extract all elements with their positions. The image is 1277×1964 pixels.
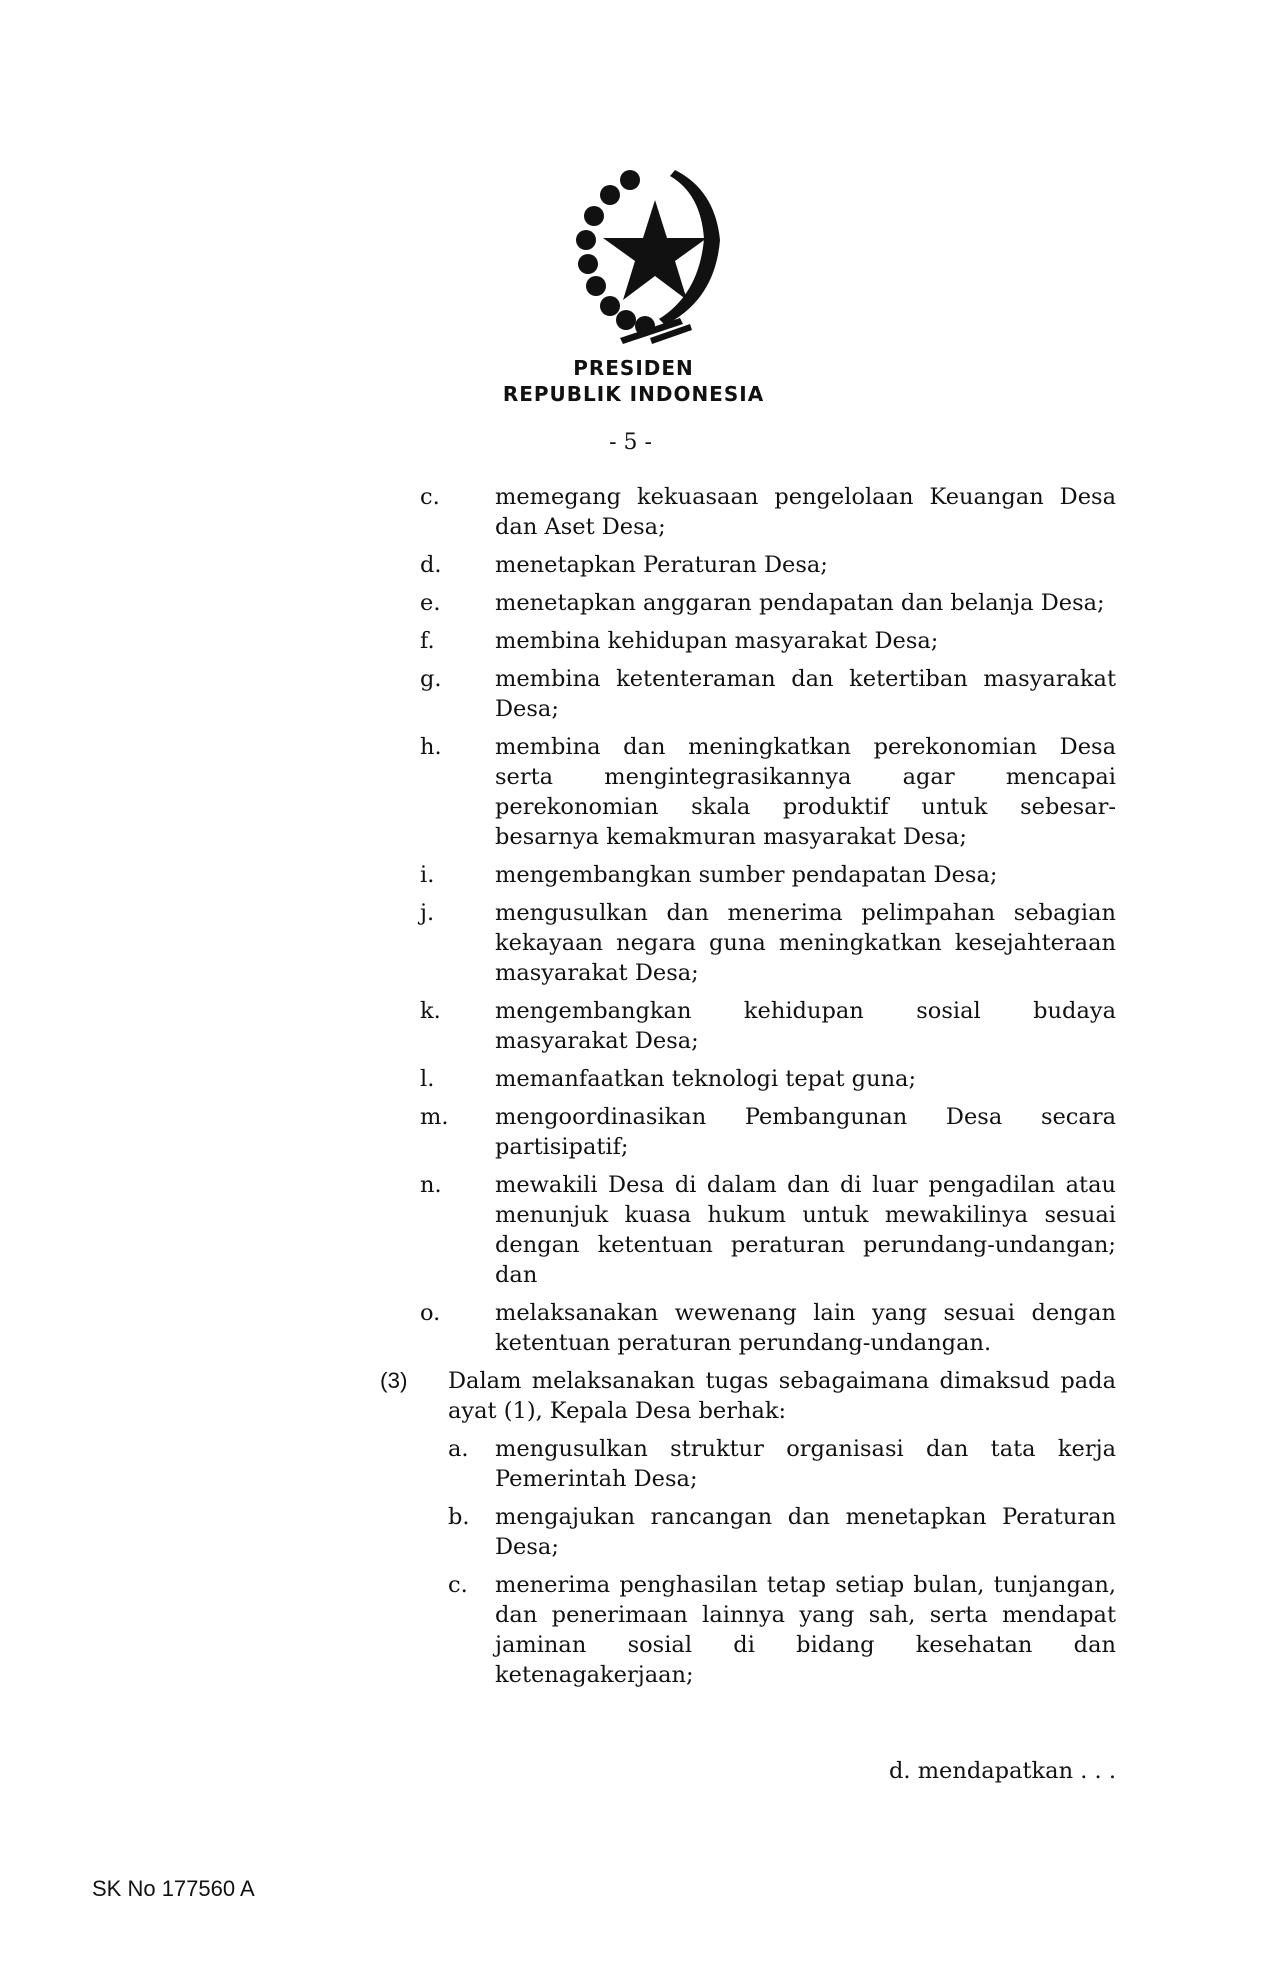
item-label: n. [420,1170,442,1200]
item-label: o. [420,1298,440,1328]
ayat-text: Dalam melaksanakan tugas sebagaimana dim… [448,1368,1116,1424]
ayat-label: (3) [380,1366,408,1396]
item-text: mengusulkan dan menerima pelimpahan seba… [495,898,1116,988]
list-item: f.membina kehidupan masyarakat Desa; [380,626,1116,656]
list-item: h.membina dan meningkatkan perekonomian … [380,732,1116,852]
item-label: d. [420,550,442,580]
document-body: c.memegang kekuasaan pengelolaan Keuanga… [380,482,1116,1698]
list-item: i.mengembangkan sumber pendapatan Desa; [380,860,1116,890]
item-label: i. [420,860,434,890]
list-item: g.membina ketenteraman dan ketertiban ma… [380,664,1116,724]
item-text: menerima penghasilan tetap setiap bulan,… [495,1572,1116,1688]
continuation-text: d. mendapatkan . . . [889,1758,1116,1784]
header-republik-indonesia: REPUBLIK INDONESIA [0,382,1272,406]
header-presiden: PRESIDEN [0,356,1272,380]
item-label: m. [420,1102,449,1132]
item-text: menetapkan anggaran pendapatan dan belan… [495,588,1116,618]
item-text: mewakili Desa di dalam dan di luar penga… [495,1170,1116,1290]
list-item: n.mewakili Desa di dalam dan di luar pen… [380,1170,1116,1290]
presidential-seal-icon [560,160,750,350]
item-label: h. [420,732,442,762]
list-item: l.memanfaatkan teknologi tepat guna; [380,1064,1116,1094]
item-label: f. [420,626,435,656]
document-code: SK No 177560 A [92,1876,255,1902]
item-text: membina ketenteraman dan ketertiban masy… [495,664,1116,724]
item-label: k. [420,996,441,1026]
list-item: a.mengusulkan struktur organisasi dan ta… [380,1434,1116,1494]
duty-list: c.memegang kekuasaan pengelolaan Keuanga… [380,482,1116,1358]
page-number: - 5 - [0,430,1269,455]
item-text: mengoordinasikan Pembangunan Desa secara… [495,1102,1116,1162]
item-text: memanfaatkan teknologi tepat guna; [495,1064,1116,1094]
item-text: memegang kekuasaan pengelolaan Keuangan … [495,482,1116,542]
list-item: d.menetapkan Peraturan Desa; [380,550,1116,580]
item-text: mengajukan rancangan dan menetapkan Pera… [495,1504,1116,1560]
item-label: a. [448,1434,469,1464]
item-label: c. [448,1570,468,1600]
item-label: e. [420,588,440,618]
ayat-3: (3) Dalam melaksanakan tugas sebagaimana… [380,1366,1116,1426]
list-item: e.menetapkan anggaran pendapatan dan bel… [380,588,1116,618]
item-label: l. [420,1064,434,1094]
list-item: k.mengembangkan kehidupan sosial budaya … [380,996,1116,1056]
list-item: o.melaksanakan wewenang lain yang sesuai… [380,1298,1116,1358]
item-label: b. [448,1502,470,1532]
item-text: mengembangkan kehidupan sosial budaya ma… [495,996,1116,1056]
list-item: c.memegang kekuasaan pengelolaan Keuanga… [380,482,1116,542]
item-text: menetapkan Peraturan Desa; [495,550,1116,580]
list-item: c.menerima penghasilan tetap setiap bula… [380,1570,1116,1690]
item-text: melaksanakan wewenang lain yang sesuai d… [495,1298,1116,1358]
list-item: j.mengusulkan dan menerima pelimpahan se… [380,898,1116,988]
item-text: mengusulkan struktur organisasi dan tata… [495,1436,1116,1492]
item-label: g. [420,664,442,694]
item-text: membina dan meningkatkan perekonomian De… [495,732,1116,852]
item-text: mengembangkan sumber pendapatan Desa; [495,860,1116,890]
rights-list: a.mengusulkan struktur organisasi dan ta… [380,1434,1116,1690]
item-label: c. [420,482,440,512]
item-label: j. [420,898,434,928]
list-item: b.mengajukan rancangan dan menetapkan Pe… [380,1502,1116,1562]
item-text: membina kehidupan masyarakat Desa; [495,626,1116,656]
list-item: m.mengoordinasikan Pembangunan Desa seca… [380,1102,1116,1162]
